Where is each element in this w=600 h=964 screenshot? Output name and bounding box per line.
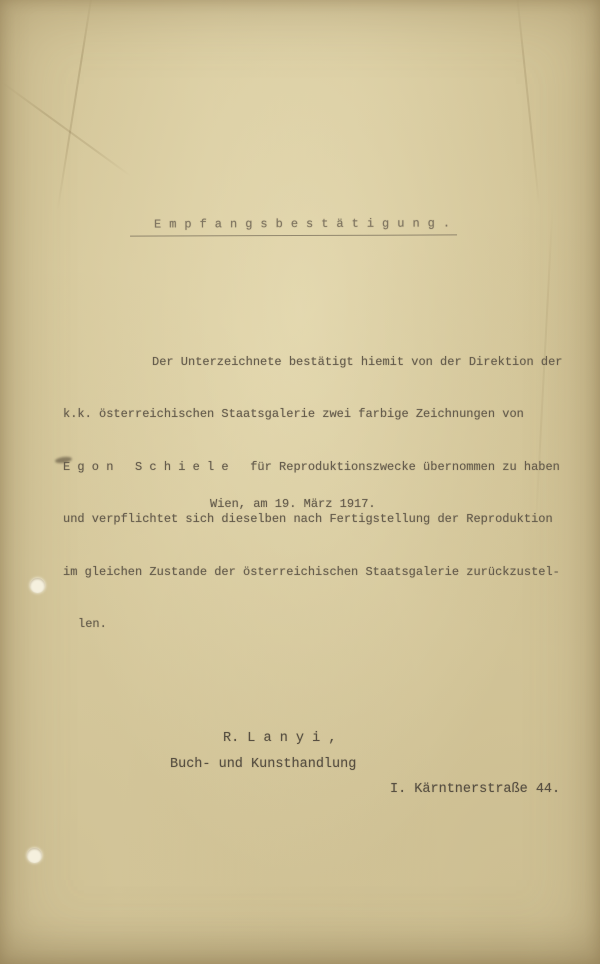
body-line: k.k. österreichischen Staatsgalerie zwei…: [63, 407, 573, 431]
body-line: und verpflichtet sich dieselben nach Fer…: [63, 512, 573, 536]
document-heading: E m p f a n g s b e s t ä t i g u n g .: [130, 216, 458, 236]
punch-hole-top: [30, 578, 45, 593]
body-line: E g o n S c h i e l e für Reproduktionsz…: [63, 460, 573, 484]
signature-address: I. Kärntnerstraße 44.: [390, 782, 560, 797]
paper-crease-left-diagonal: [1, 81, 132, 177]
body-line: im gleichen Zustande der österreichische…: [63, 565, 573, 589]
paper-crease-top-right: [516, 0, 540, 207]
signature-business: Buch- und Kunsthandlung: [170, 757, 356, 772]
signature-name: R. L a n y i ,: [223, 731, 336, 746]
document-page: E m p f a n g s b e s t ä t i g u n g . …: [0, 0, 600, 964]
body-line: len.: [63, 617, 573, 641]
dateline: Wien, am 19. März 1917.: [210, 497, 376, 511]
punch-hole-bottom: [27, 848, 42, 863]
paper-crease-top-left: [56, 0, 93, 212]
body-line: Der Unterzeichnete bestätigt hiemit von …: [63, 355, 573, 379]
